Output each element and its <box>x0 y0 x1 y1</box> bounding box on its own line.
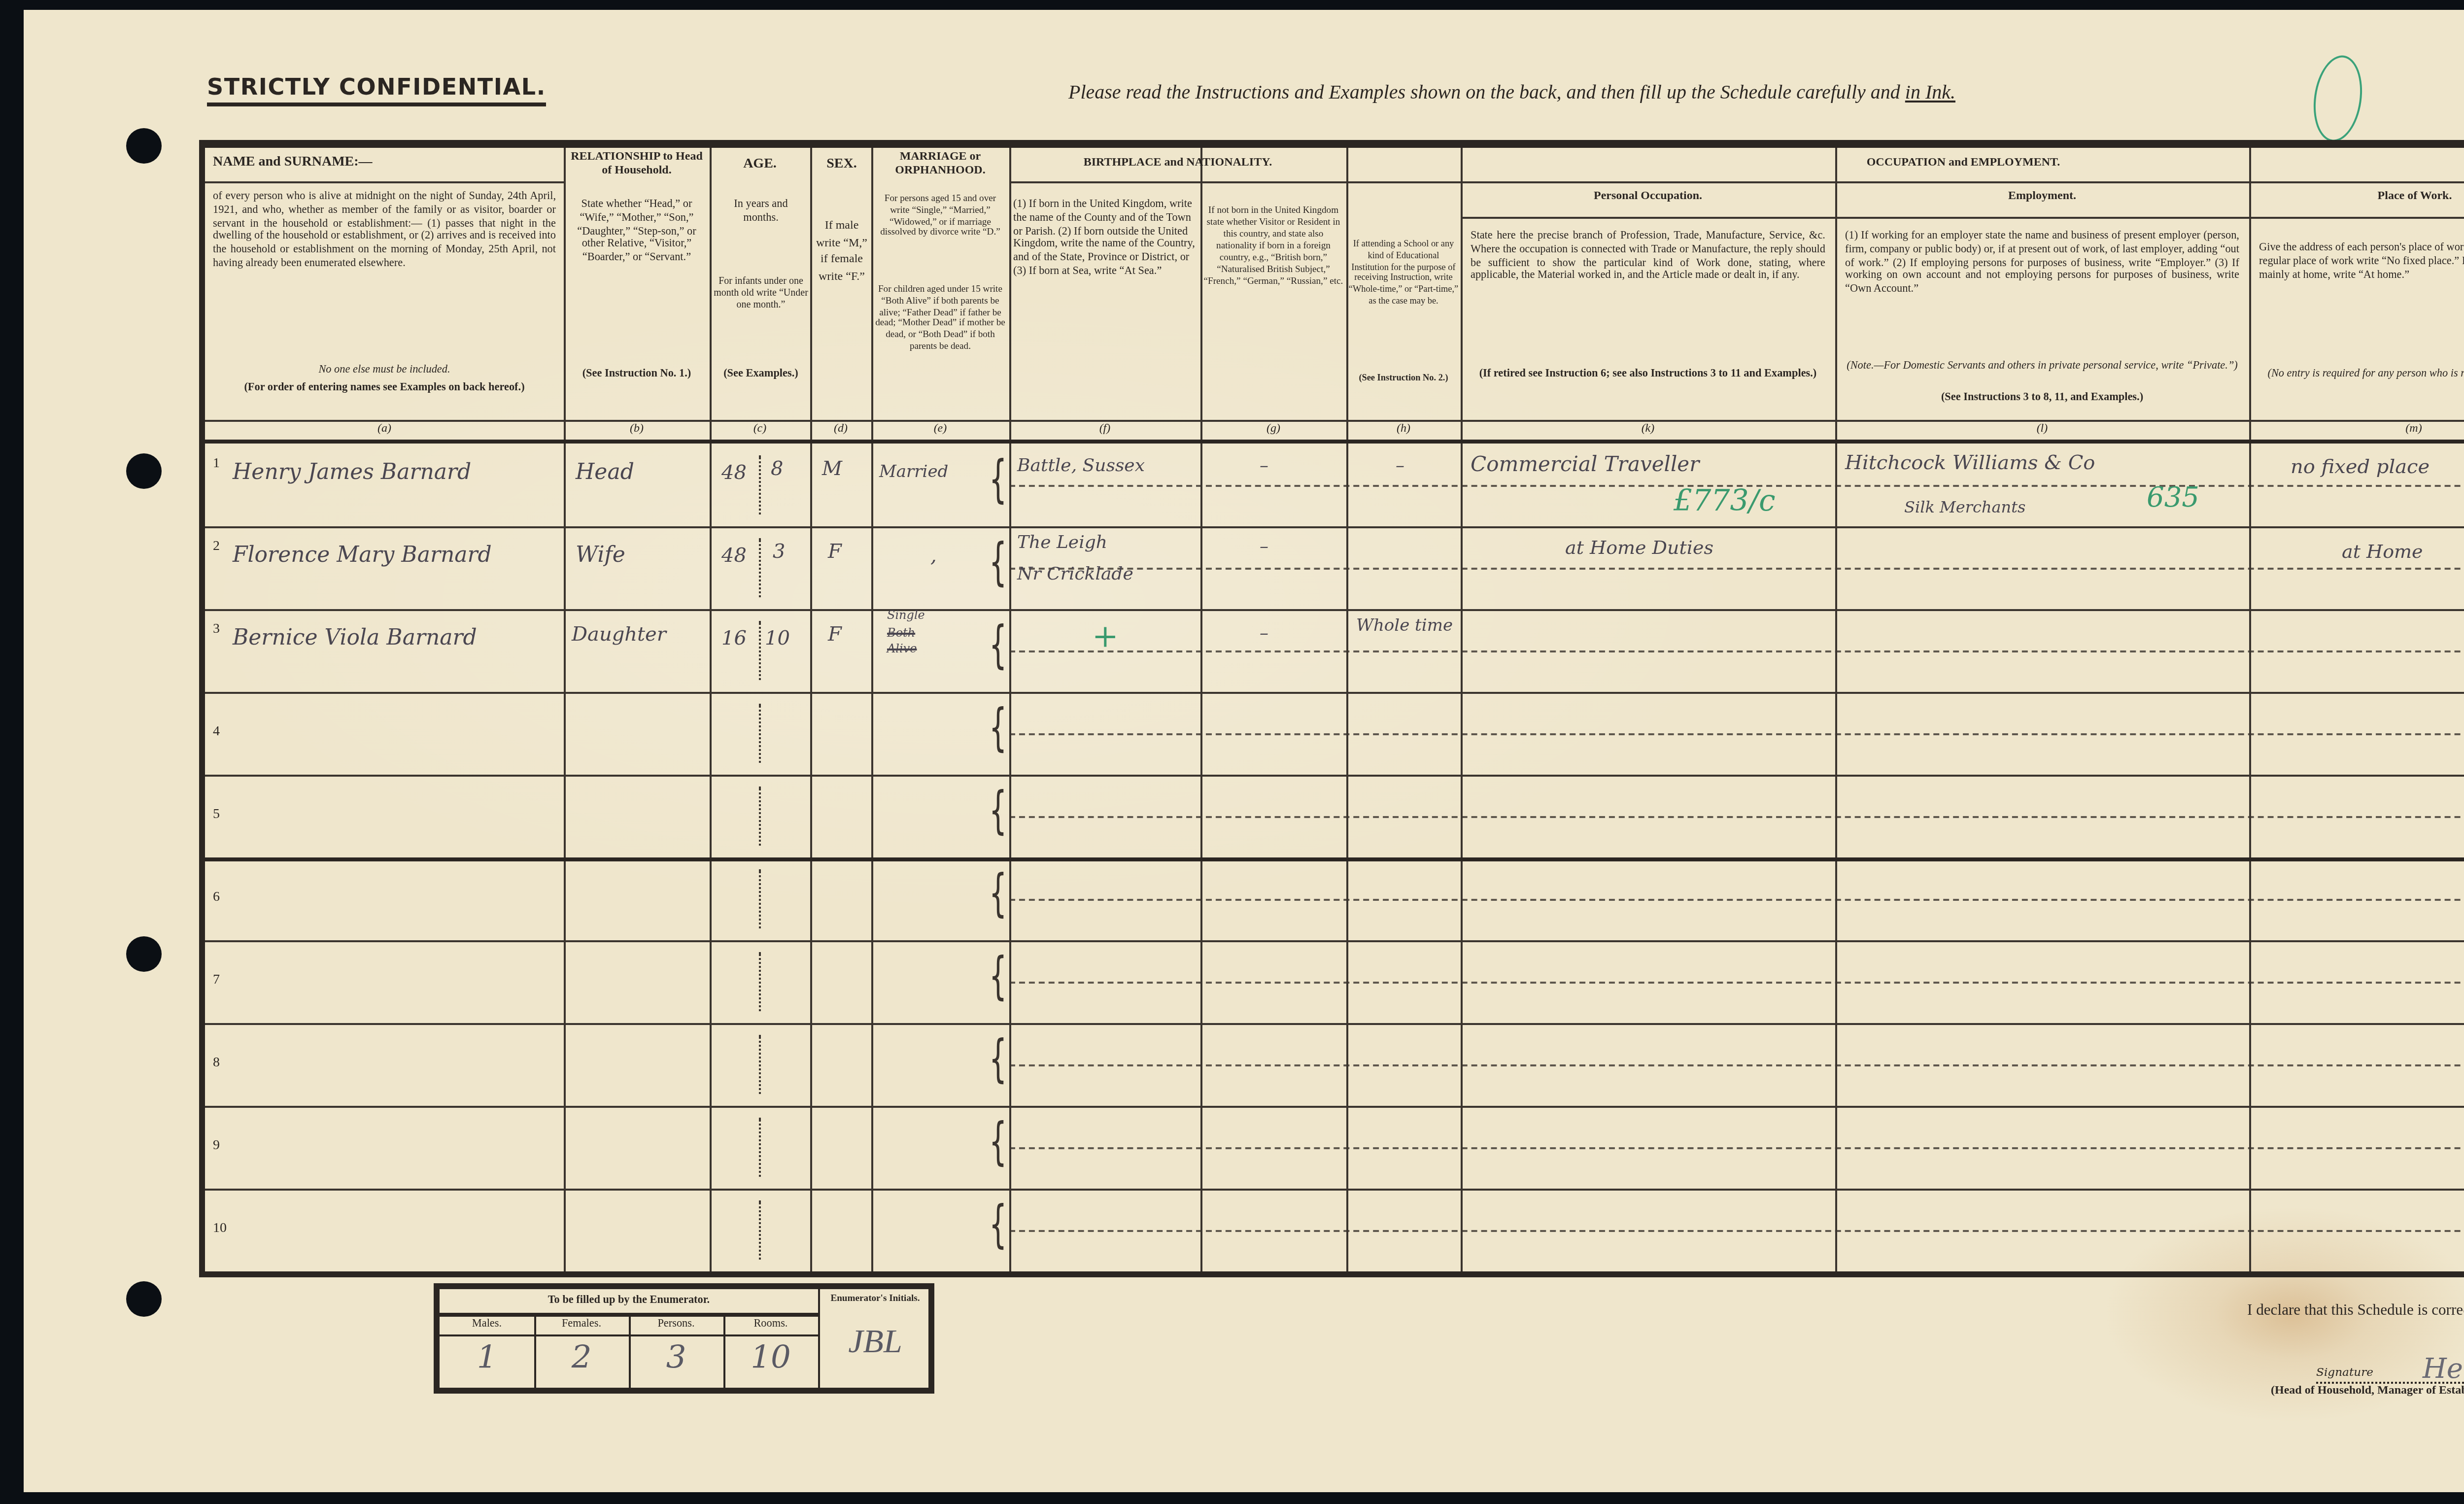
row-1-green-code-occupation: £773/c <box>1674 483 1776 518</box>
row-divider <box>205 1106 2464 1108</box>
col-m-letter: (m) <box>2249 424 2464 437</box>
age-years-months-separator <box>759 538 761 597</box>
row-2-age-years[interactable]: 48 <box>721 546 747 568</box>
col-k <box>1461 148 1837 1271</box>
row-3-nationality[interactable]: – <box>1260 625 1268 645</box>
row-3-marriage-struck: Both Alive <box>887 627 934 658</box>
instruction-text: Please read the Instructions and Example… <box>1068 83 1905 104</box>
page-title: STRICTLY CONFIDENTIAL. <box>207 73 546 106</box>
col-b-letter: (b) <box>564 424 710 437</box>
col-l-body: (1) If working for an employer state the… <box>1845 231 2239 298</box>
col-m-note: (No entry is required for any person who… <box>2259 369 2464 382</box>
col-d-body: If male write “M,” if female write “F.” <box>816 219 867 286</box>
row-number: 2 <box>213 538 220 554</box>
brace-icon: { <box>989 1200 1007 1252</box>
females-cell: Females.2 <box>534 1317 631 1388</box>
row-2-birthplace-line2[interactable]: Nr Cricklade <box>1017 566 1133 585</box>
instruction-line: Please read the Instructions and Example… <box>1068 83 1955 104</box>
census-schedule-page: STRICTLY CONFIDENTIAL. Please read the I… <box>24 10 2464 1492</box>
col-c-note: For infants under one month old write “U… <box>714 278 808 313</box>
initials-label: Enumerator's Initials. <box>820 1289 930 1313</box>
divider <box>205 420 2464 422</box>
brace-icon: { <box>989 621 1007 672</box>
row-1-name[interactable]: Henry James Barnard <box>233 459 471 485</box>
males-value[interactable]: 1 <box>440 1336 534 1380</box>
col-l-note: (Note.—For Domestic Servants and others … <box>1845 361 2239 374</box>
males-label: Males. <box>440 1317 534 1336</box>
row-3-age-months[interactable]: 10 <box>765 629 790 650</box>
col-m-body: Give the address of each person's place … <box>2259 242 2464 283</box>
age-years-months-separator <box>759 952 761 1011</box>
row-number: 8 <box>213 1055 220 1070</box>
row-number: 5 <box>213 806 220 822</box>
col-m <box>2249 148 2464 1271</box>
brace-icon: { <box>989 869 1007 921</box>
row-3-sex[interactable]: F <box>828 625 842 647</box>
row-number: 1 <box>213 455 220 471</box>
col-c <box>710 148 812 1271</box>
signature-label: Signature <box>2316 1368 2373 1380</box>
brace-icon: { <box>989 455 1007 507</box>
col-f-body: (1) If born in the United Kingdom, write… <box>1013 199 1197 279</box>
col-l <box>1835 148 2251 1271</box>
row-divider <box>205 692 2464 694</box>
row-number: 4 <box>213 723 220 739</box>
row-number: 7 <box>213 972 220 988</box>
row-1-birthplace[interactable]: Battle, Sussex <box>1017 457 1145 477</box>
row-2-occupation[interactable]: at Home Duties <box>1565 538 1713 560</box>
row-1-age-years[interactable]: 48 <box>721 463 747 485</box>
row-1-age-months[interactable]: 8 <box>771 459 784 481</box>
persons-value[interactable]: 3 <box>629 1336 723 1380</box>
col-c-letter: (c) <box>710 424 810 437</box>
brace-icon: { <box>989 1118 1007 1169</box>
row-2-name[interactable]: Florence Mary Barnard <box>233 542 492 568</box>
age-years-months-separator <box>759 1035 761 1094</box>
row-number: 9 <box>213 1137 220 1153</box>
rooms-label: Rooms. <box>723 1317 818 1336</box>
sub-row-divider <box>1009 816 2464 818</box>
females-value[interactable]: 2 <box>534 1336 629 1380</box>
enumerator-initials-cell: Enumerator's Initials. JBL <box>818 1289 930 1388</box>
col-a <box>205 148 566 1271</box>
divider <box>1461 217 2464 219</box>
punch-hole-icon <box>126 128 162 164</box>
signature-caption: (Head of Household, Manager of Establish… <box>2271 1386 2464 1398</box>
col-h <box>1346 148 1463 1271</box>
row-3-age-years[interactable]: 16 <box>721 629 747 650</box>
green-circle-mark-icon <box>2308 52 2367 145</box>
col-k-body: State here the precise branch of Profess… <box>1471 231 1825 284</box>
row-1-employer[interactable]: Hitchcock Williams & Co <box>1845 453 2095 475</box>
divider <box>1346 181 2464 183</box>
row-2-age-months[interactable]: 3 <box>773 542 786 564</box>
row-divider <box>205 857 2464 861</box>
col-e-body: For persons aged 15 and over write “Sing… <box>875 195 1005 241</box>
row-1-employer-business[interactable]: Silk Merchants <box>1904 499 2026 516</box>
col-g-letter: (g) <box>1200 424 1346 437</box>
stage: STRICTLY CONFIDENTIAL. Please read the I… <box>0 0 2464 1504</box>
col-e-letter: (e) <box>871 424 1009 437</box>
brace-icon: { <box>989 704 1007 755</box>
females-label: Females. <box>534 1317 629 1336</box>
row-1-education[interactable]: – <box>1396 457 1404 477</box>
row-1-sex[interactable]: M <box>822 459 842 481</box>
col-d-letter: (d) <box>810 424 871 437</box>
col-c-footer: (See Examples.) <box>714 369 808 382</box>
row-number: 6 <box>213 889 220 905</box>
row-1-workplace[interactable]: no fixed place <box>2291 457 2430 479</box>
row-divider <box>205 940 2464 942</box>
punch-hole-icon <box>126 1281 162 1317</box>
sub-row-divider <box>1009 899 2464 901</box>
col-b-body: State whether “Head,” or “Wife,” “Mother… <box>570 199 704 266</box>
col-b-title: RELATIONSHIP to Head of Household. <box>566 152 708 178</box>
col-b-footer: (See Instruction No. 1.) <box>570 369 704 382</box>
col-l-title: Employment. <box>1837 191 2247 205</box>
col-l-footer: (See Instructions 3 to 8, 11, and Exampl… <box>1845 392 2239 406</box>
col-a-title: NAME and SURNAME:— <box>213 156 556 169</box>
col-k-footer: (If retired see Instruction 6; see also … <box>1471 369 1825 382</box>
sub-row-divider <box>1009 982 2464 984</box>
col-k-title: Personal Occupation. <box>1463 191 1833 205</box>
row-3-name[interactable]: Bernice Viola Barnard <box>233 625 477 650</box>
row-1-relationship[interactable]: Head <box>576 459 634 485</box>
rooms-value[interactable]: 10 <box>723 1336 818 1380</box>
signature-line: Signature Henry James Barnard. <box>2316 1346 2464 1384</box>
row-divider <box>205 1189 2464 1191</box>
col-e-title: MARRIAGE or ORPHANHOOD. <box>873 152 1007 178</box>
col-h-footer: (See Instruction No. 2.) <box>1348 373 1459 384</box>
punch-hole-icon <box>126 936 162 972</box>
persons-cell: Persons.3 <box>629 1317 725 1388</box>
age-years-months-separator <box>759 869 761 928</box>
row-number: 10 <box>213 1220 227 1236</box>
row-3-green-mark: + <box>1092 617 1119 654</box>
col-g-body: If not born in the United Kingdom state … <box>1202 207 1344 290</box>
col-h-letter: (h) <box>1346 424 1461 437</box>
divider <box>205 181 564 183</box>
row-1-occupation[interactable]: Commercial Traveller <box>1471 453 1699 477</box>
occupation-group-title: OCCUPATION and EMPLOYMENT. <box>1348 158 2464 171</box>
row-3-relationship[interactable]: Daughter <box>572 625 666 647</box>
divider <box>1009 181 1346 183</box>
row-number: 3 <box>213 621 220 637</box>
sub-row-divider <box>1009 568 2464 570</box>
row-2-birthplace[interactable]: The Leigh <box>1017 534 1107 554</box>
enumerator-box-header: To be filled up by the Enumerator. <box>440 1289 818 1317</box>
sub-row-divider <box>1009 1064 2464 1066</box>
col-m-title: Place of Work. <box>2251 191 2464 205</box>
rooms-cell: Rooms.10 <box>723 1317 820 1388</box>
col-l-letter: (l) <box>1835 424 2249 437</box>
row-1-marriage[interactable]: Married <box>879 463 948 483</box>
col-a-note: No one else must be included. <box>213 365 556 378</box>
row-1-green-code-employer: 635 <box>2147 483 2199 514</box>
row-divider <box>205 526 2464 528</box>
col-g <box>1200 148 1348 1271</box>
brace-icon: { <box>989 1035 1007 1086</box>
sub-row-divider <box>1009 1147 2464 1149</box>
row-divider <box>205 1023 2464 1025</box>
brace-icon: { <box>989 786 1007 838</box>
col-a-body: of every person who is alive at midnight… <box>213 191 556 272</box>
sub-row-divider <box>1009 650 2464 652</box>
row-1-nationality[interactable]: – <box>1260 457 1268 477</box>
sub-row-divider <box>1009 1230 2464 1232</box>
enumerator-box: To be filled up by the Enumerator. Males… <box>434 1283 934 1394</box>
col-a-letter: (a) <box>205 424 564 437</box>
age-years-months-separator <box>759 1118 761 1177</box>
signature-value[interactable]: Henry James Barnard. <box>2423 1354 2464 1386</box>
instruction-ink: in Ink. <box>1905 83 1955 104</box>
initials-value[interactable]: JBL <box>820 1313 930 1372</box>
row-2-sex[interactable]: F <box>828 542 842 564</box>
row-2-relationship[interactable]: Wife <box>576 542 625 568</box>
age-years-months-separator <box>759 621 761 680</box>
col-e-note: For children aged under 15 write “Both A… <box>875 286 1005 354</box>
col-a-footer: (For order of entering names see Example… <box>213 382 556 396</box>
col-c-title: AGE. <box>712 158 808 171</box>
brace-icon: { <box>989 538 1007 589</box>
col-b <box>564 148 712 1271</box>
age-years-months-separator <box>759 455 761 514</box>
col-k-letter: (k) <box>1461 424 1835 437</box>
row-2-workplace[interactable]: at Home <box>2342 542 2423 564</box>
row-3-education[interactable]: Whole time <box>1356 617 1455 639</box>
males-cell: Males.1 <box>440 1317 536 1388</box>
punch-hole-icon <box>126 453 162 489</box>
col-c-body: In years and months. <box>718 199 804 226</box>
col-f <box>1009 148 1202 1271</box>
row-2-marriage[interactable]: , <box>930 546 937 568</box>
col-d-title: SEX. <box>812 158 871 171</box>
col-d <box>810 148 873 1271</box>
row-divider <box>205 775 2464 777</box>
row-3-marriage[interactable]: Single <box>887 609 925 623</box>
brace-icon: { <box>989 952 1007 1003</box>
sub-row-divider <box>1009 733 2464 735</box>
age-years-months-separator <box>759 1200 761 1260</box>
persons-label: Persons. <box>629 1317 723 1336</box>
row-2-nationality[interactable]: – <box>1260 538 1268 558</box>
household-table: NAME and SURNAME:— of every person who i… <box>199 140 2464 1277</box>
divider <box>205 440 2464 444</box>
age-years-months-separator <box>759 704 761 763</box>
birthplace-group-title: BIRTHPLACE and NATIONALITY. <box>1009 158 1346 171</box>
declaration-text: I declare that this Schedule is correctl… <box>2247 1301 2464 1319</box>
age-years-months-separator <box>759 786 761 846</box>
row-divider <box>205 609 2464 611</box>
col-h-body: If attending a School or any kind of Edu… <box>1348 239 1459 307</box>
col-f-letter: (f) <box>1009 424 1200 437</box>
